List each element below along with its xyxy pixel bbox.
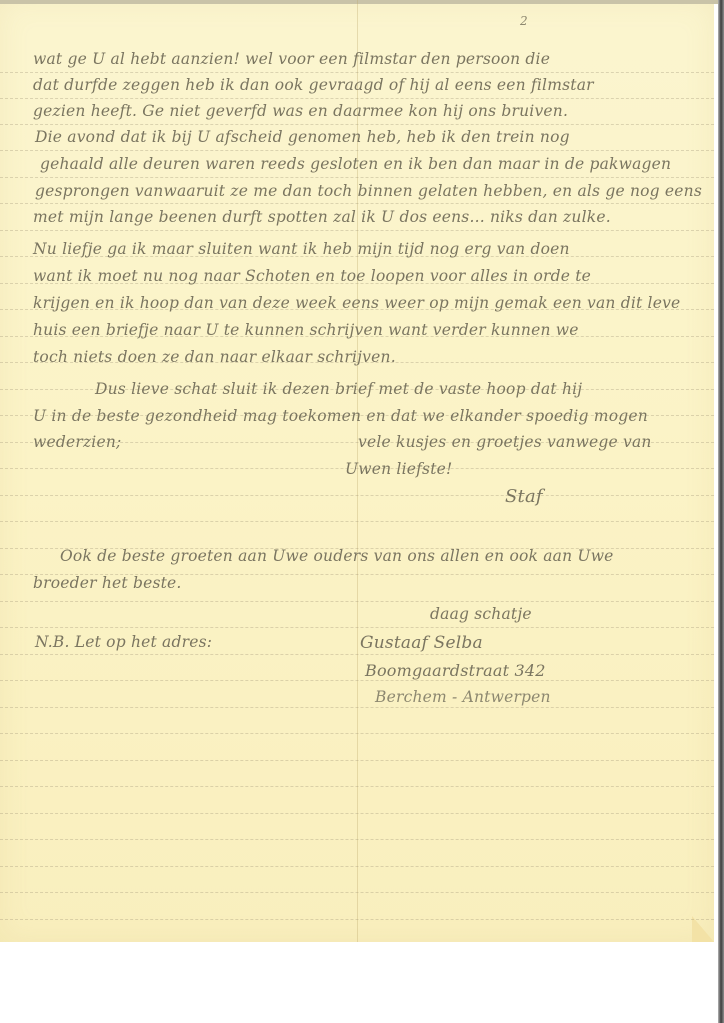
address-city: Berchem - Antwerpen <box>375 688 551 706</box>
body-line: huis een briefje naar U te kunnen schrij… <box>33 321 579 339</box>
nb-label: N.B. Let op het adres: <box>35 633 212 651</box>
closing-line: vele kusjes en groetjes vanwege van <box>358 433 652 451</box>
body-line: wederzien; <box>33 433 121 451</box>
body-line: gezien heeft. Ge niet geverfd was en daa… <box>33 102 568 120</box>
body-line: toch niets doen ze dan naar elkaar schri… <box>33 348 396 366</box>
address-name: Gustaaf Selba <box>360 633 483 653</box>
farewell-text: daag schatje <box>430 605 532 623</box>
body-line: gesprongen vanwaaruit ze me dan toch bin… <box>35 182 702 200</box>
postscript-line: broeder het beste. <box>33 574 182 592</box>
body-line: wat ge U al hebt aanzien! wel voor een f… <box>33 50 550 68</box>
body-line: krijgen en ik hoop dan van deze week een… <box>33 294 680 312</box>
signature: Staf <box>505 486 543 507</box>
closing-line: Uwen liefste! <box>345 460 452 478</box>
page-number: 2 <box>520 14 528 28</box>
body-line: met mijn lange beenen durft spotten zal … <box>33 208 611 226</box>
postscript-line: Ook de beste groeten aan Uwe ouders van … <box>60 547 614 565</box>
scan-right-edge <box>718 0 724 1023</box>
body-line: Dus lieve schat sluit ik dezen brief met… <box>95 380 582 398</box>
body-line: Nu liefje ga ik maar sluiten want ik heb… <box>33 240 570 258</box>
body-line: Die avond dat ik bij U afscheid genomen … <box>35 128 570 146</box>
scan-top-edge <box>0 0 724 4</box>
address-street: Boomgaardstraat 342 <box>365 661 546 680</box>
body-line: U in de beste gezondheid mag toekomen en… <box>33 407 648 425</box>
body-line: dat durfde zeggen heb ik dan ook gevraag… <box>33 76 594 94</box>
body-line: want ik moet nu nog naar Schoten en toe … <box>33 267 591 285</box>
body-line: gehaald alle deuren waren reeds gesloten… <box>40 155 671 173</box>
